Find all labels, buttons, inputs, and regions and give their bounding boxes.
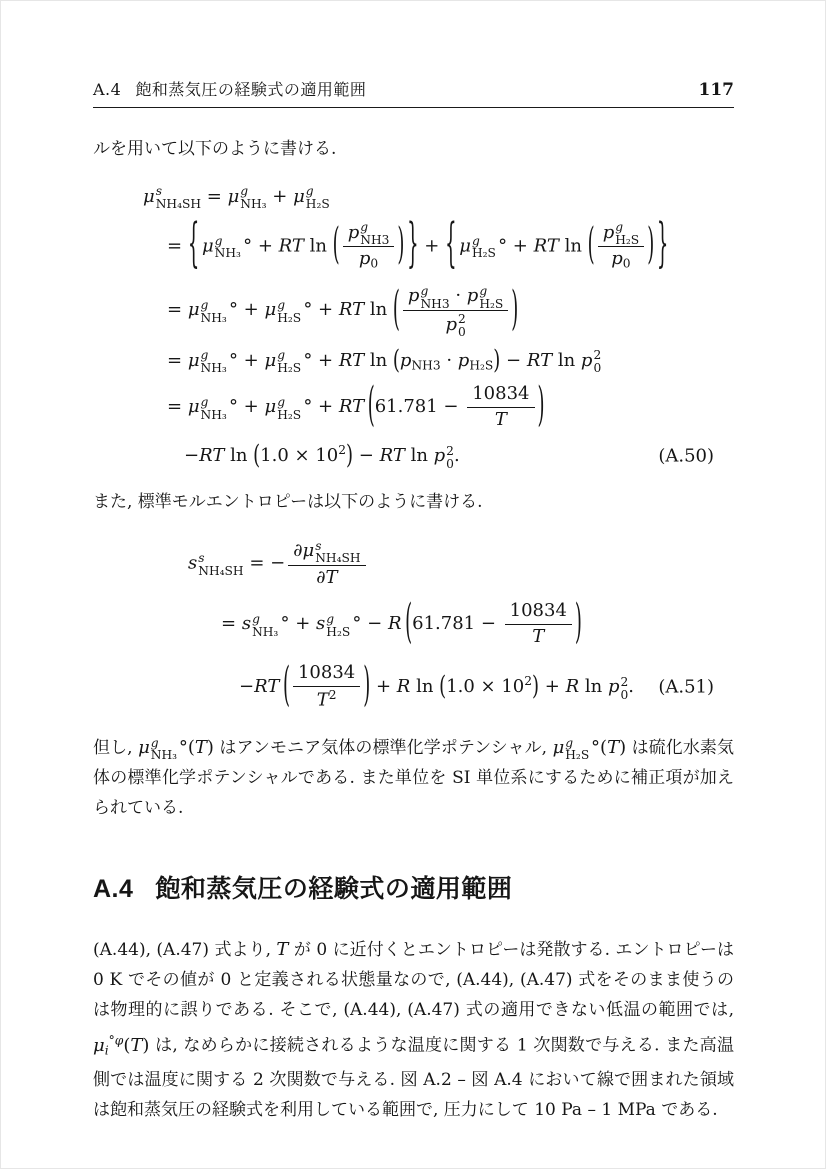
page-number: 117 — [699, 80, 735, 100]
paragraph-note: 但し, μgNH₃°(T) はアンモニア気体の標準化学ポテンシャル, μgH₂S… — [93, 733, 734, 823]
running-head-title: 飽和蒸気圧の経験式の適用範囲 — [135, 80, 366, 99]
equation-a51: ssNH₄SH = −∂μsNH₄SH∂T = sgNH₃° + sgH₂S° … — [93, 537, 734, 713]
inline-math: μgH₂S°(T) — [553, 737, 627, 758]
equation-a50-line-1: μsNH₄SH = μgNH₃ + μgH₂S — [143, 184, 734, 210]
equation-a51-line-2: = sgNH₃° + sgH₂S° − R(61.781 − 10834T) — [221, 599, 734, 649]
equation-tag-a51: (A.51) — [658, 677, 714, 698]
equation-a50-line-2: = {μgNH₃° + RT ln (pgNH3p0)} + {μgH₂S° +… — [167, 219, 734, 274]
equation-a50-line-3: = μgNH₃° + μgH₂S° + RT ln (pgNH3 · pgH₂S… — [167, 282, 734, 338]
equation-a50-line-6: −RT ln (1.0 × 102) − RT ln p20. — [184, 443, 734, 469]
paragraph-body: (A.44), (A.47) 式より, T が 0 に近付くとエントロピーは発散… — [93, 935, 734, 1125]
inline-math: T — [276, 939, 288, 960]
inline-math: μgNH₃°(T) — [138, 737, 214, 758]
equation-a51-line-1: ssNH₄SH = −∂μsNH₄SH∂T — [188, 537, 734, 590]
equation-a50: μsNH₄SH = μgNH₃ + μgH₂S = {μgNH₃° + RT l… — [93, 184, 734, 469]
inline-math: μi°φ(T) — [93, 1035, 149, 1056]
equation-a50-line-5: = μgNH₃° + μgH₂S° + RT(61.781 − 10834T) — [167, 382, 734, 432]
equation-a51-last-row: −RT(10834T2) + R ln (1.0 × 102) + R ln p… — [93, 661, 734, 713]
paragraph-entropy-intro: また, 標準モルエントロピーは以下のように書ける. — [93, 487, 734, 517]
equation-a50-last-row: −RT ln (1.0 × 102) − RT ln p20. (A.50) — [93, 443, 734, 469]
equation-a50-line-4: = μgNH₃° + μgH₂S° + RT ln (pNH3 · pH₂S) … — [167, 348, 734, 374]
running-head-number: A.4 — [93, 80, 121, 99]
running-head: A.4飽和蒸気圧の経験式の適用範囲 — [93, 77, 366, 100]
section-heading-number: A.4 — [93, 875, 133, 903]
section-heading-title: 飽和蒸気圧の経験式の適用範囲 — [155, 875, 512, 903]
section-heading: A.4飽和蒸気圧の経験式の適用範囲 — [93, 869, 734, 905]
document-page: A.4飽和蒸気圧の経験式の適用範囲 117 ルを用いて以下のように書ける. μs… — [0, 0, 826, 1169]
paragraph-intro: ルを用いて以下のように書ける. — [93, 134, 734, 164]
page-header: A.4飽和蒸気圧の経験式の適用範囲 117 — [93, 77, 734, 108]
equation-tag-a50: (A.50) — [658, 446, 714, 467]
